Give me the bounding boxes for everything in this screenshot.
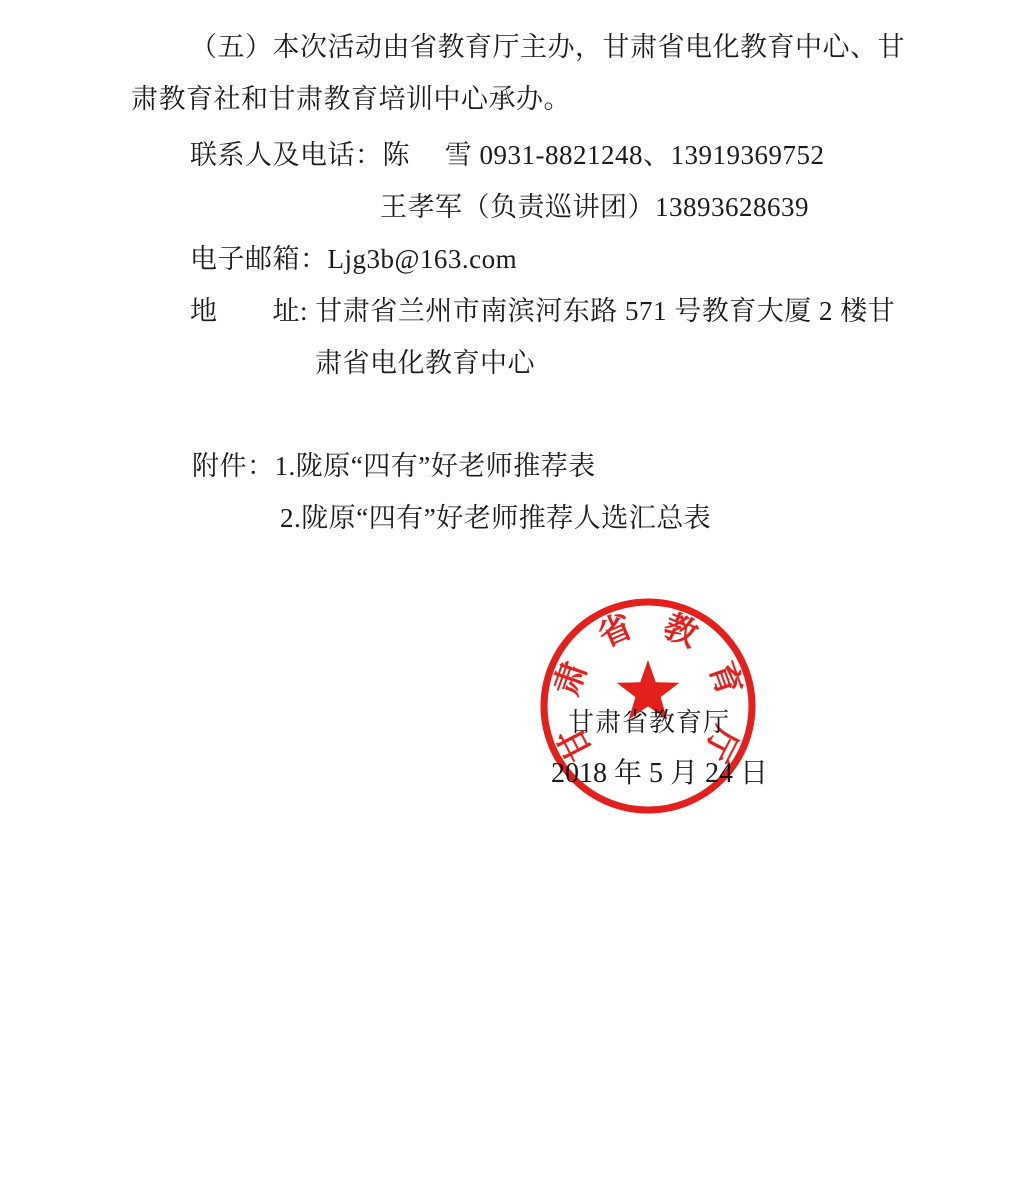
document-page: （五）本次活动由省教育厅主办，甘肃省电化教育中心、甘 肃教育社和甘肃教育培训中心… <box>0 0 1024 1195</box>
star-icon <box>617 660 680 720</box>
address-line-2: 肃省电化教育中心 <box>315 346 535 380</box>
address-line-1: 地 址: 甘肃省兰州市南滨河东路 571 号教育大厦 2 楼甘 <box>190 294 895 328</box>
email-line: 电子邮箱：Ljg3b@163.com <box>190 242 517 276</box>
attachment-line-1: 附件：1.陇原“四有”好老师推荐表 <box>192 449 596 483</box>
body-line-1: （五）本次活动由省教育厅主办，甘肃省电化教育中心、甘 <box>190 30 905 64</box>
contact-line-2: 王孝军（负责巡讲团）13893628639 <box>380 190 809 224</box>
official-seal: 甘 肃 省 教 育 厅 <box>540 598 756 814</box>
contact-line-1: 联系人及电话：陈 雪 0931-8821248、13919369752 <box>190 138 825 172</box>
attachment-line-2: 2.陇原“四有”好老师推荐人选汇总表 <box>280 501 711 535</box>
body-line-2: 肃教育社和甘肃教育培训中心承办。 <box>131 82 571 116</box>
